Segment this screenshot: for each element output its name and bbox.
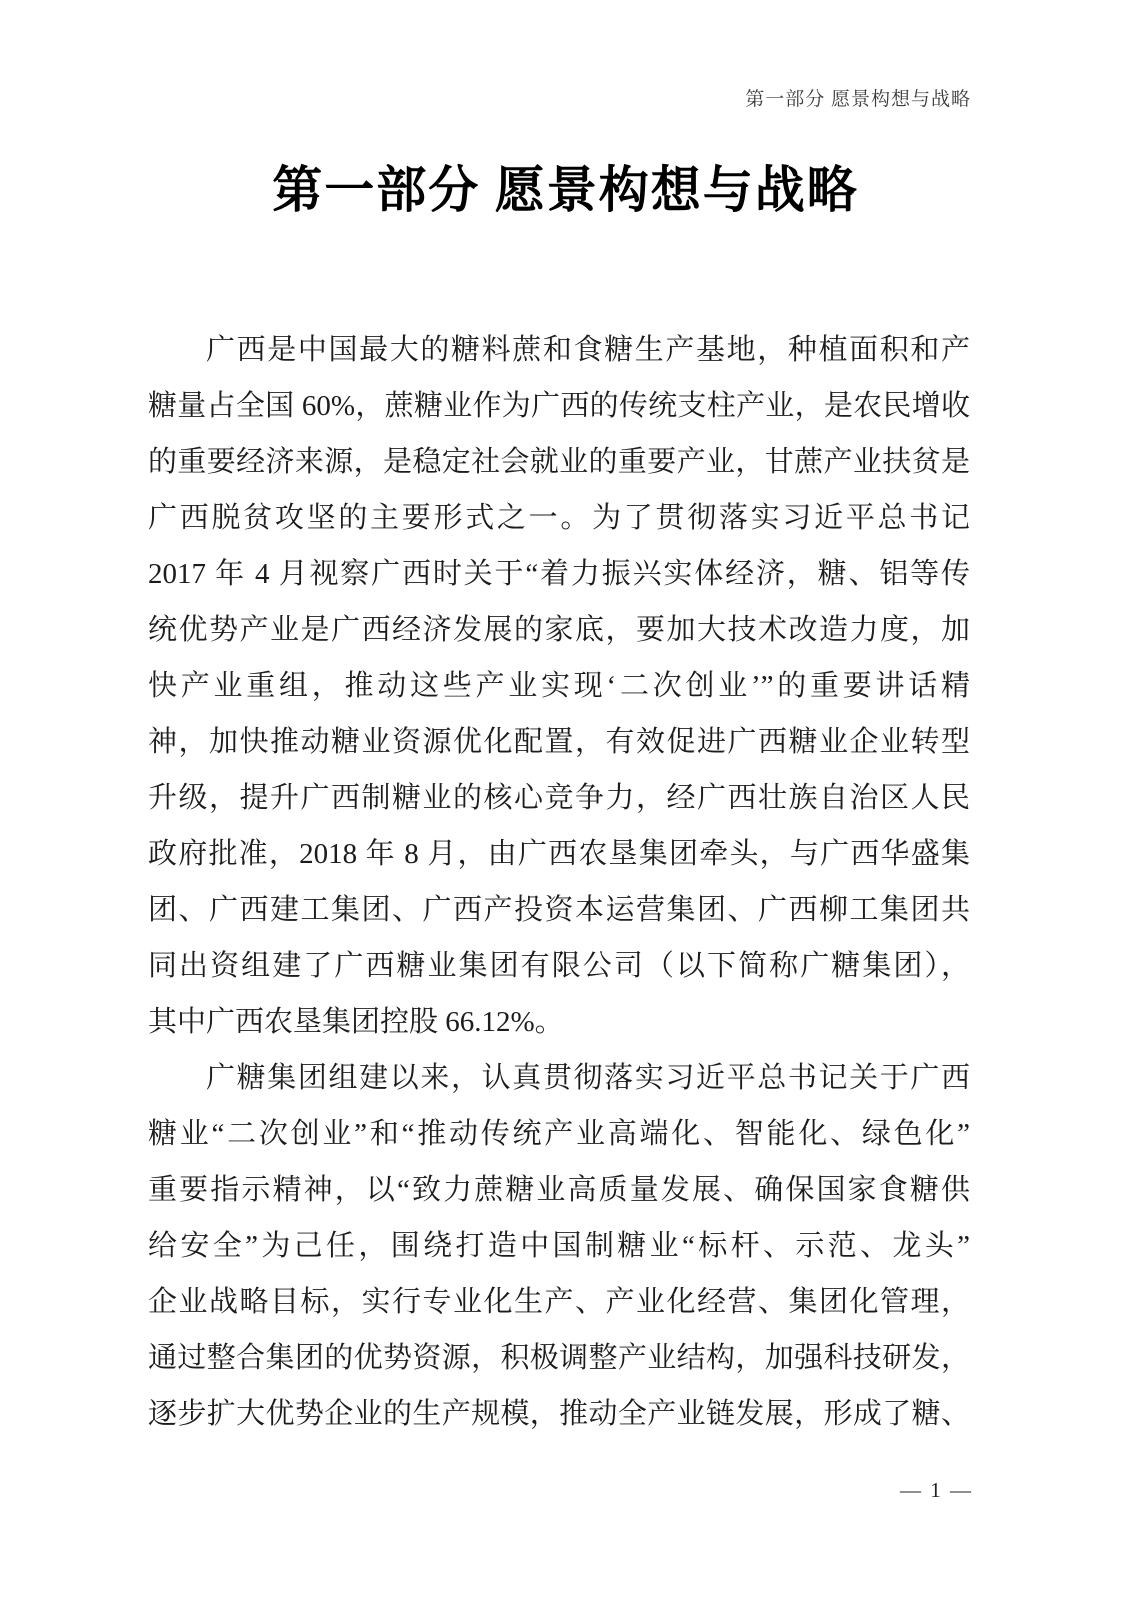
body-line: 统优势产业是广西经济发展的家底，要加大技术改造力度，加 <box>148 602 970 658</box>
body-line: 2017 年 4 月视察广西时关于“着力振兴实体经济，糖、铝等传 <box>148 546 970 602</box>
body-line: 政府批准，2018 年 8 月，由广西农垦集团牵头，与广西华盛集 <box>148 826 970 882</box>
body-line: 团、广西建工集团、广西产投资本运营集团、广西柳工集团共 <box>148 882 970 938</box>
body-line: 快产业重组，推动这些产业实现‘二次创业’”的重要讲话精 <box>148 658 970 714</box>
page-title: 第一部分 愿景构想与战略 <box>0 150 1131 222</box>
body-line: 同出资组建了广西糖业集团有限公司（以下简称广糖集团）， <box>148 938 970 994</box>
paragraph: 广西是中国最大的糖料蔗和食糖生产基地，种植面积和产糖量占全国 60%，蔗糖业作为… <box>148 322 970 1050</box>
running-header: 第一部分 愿景构想与战略 <box>745 84 971 111</box>
body-line: 其中广西农垦集团控股 66.12%。 <box>148 994 970 1050</box>
body-line: 广西是中国最大的糖料蔗和食糖生产基地，种植面积和产 <box>148 322 970 378</box>
body-line: 广糖集团组建以来，认真贯彻落实习近平总书记关于广西 <box>148 1050 970 1106</box>
document-page: 第一部分 愿景构想与战略 第一部分 愿景构想与战略 广西是中国最大的糖料蔗和食糖… <box>0 0 1131 1600</box>
body-line: 广西脱贫攻坚的主要形式之一。为了贯彻落实习近平总书记 <box>148 490 970 546</box>
body-line: 的重要经济来源，是稳定社会就业的重要产业，甘蔗产业扶贫是 <box>148 434 970 490</box>
body-line: 逐步扩大优势企业的生产规模，推动全产业链发展，形成了糖、 <box>148 1386 970 1442</box>
body-line: 糖量占全国 60%，蔗糖业作为广西的传统支柱产业，是农民增收 <box>148 378 970 434</box>
body-line: 给安全”为己任，围绕打造中国制糖业“标杆、示范、龙头” <box>148 1218 970 1274</box>
body-line: 升级，提升广西制糖业的核心竞争力，经广西壮族自治区人民 <box>148 770 970 826</box>
paragraph: 广糖集团组建以来，认真贯彻落实习近平总书记关于广西糖业“二次创业”和“推动传统产… <box>148 1050 970 1442</box>
document-body: 广西是中国最大的糖料蔗和食糖生产基地，种植面积和产糖量占全国 60%，蔗糖业作为… <box>148 322 970 1442</box>
body-line: 重要指示精神，以“致力蔗糖业高质量发展、确保国家食糖供 <box>148 1162 970 1218</box>
body-line: 企业战略目标，实行专业化生产、产业化经营、集团化管理， <box>148 1274 970 1330</box>
page-number: — 1 — <box>900 1478 973 1503</box>
body-line: 神，加快推动糖业资源优化配置，有效促进广西糖业企业转型 <box>148 714 970 770</box>
body-line: 通过整合集团的优势资源，积极调整产业结构，加强科技研发， <box>148 1330 970 1386</box>
body-line: 糖业“二次创业”和“推动传统产业高端化、智能化、绿色化” <box>148 1106 970 1162</box>
